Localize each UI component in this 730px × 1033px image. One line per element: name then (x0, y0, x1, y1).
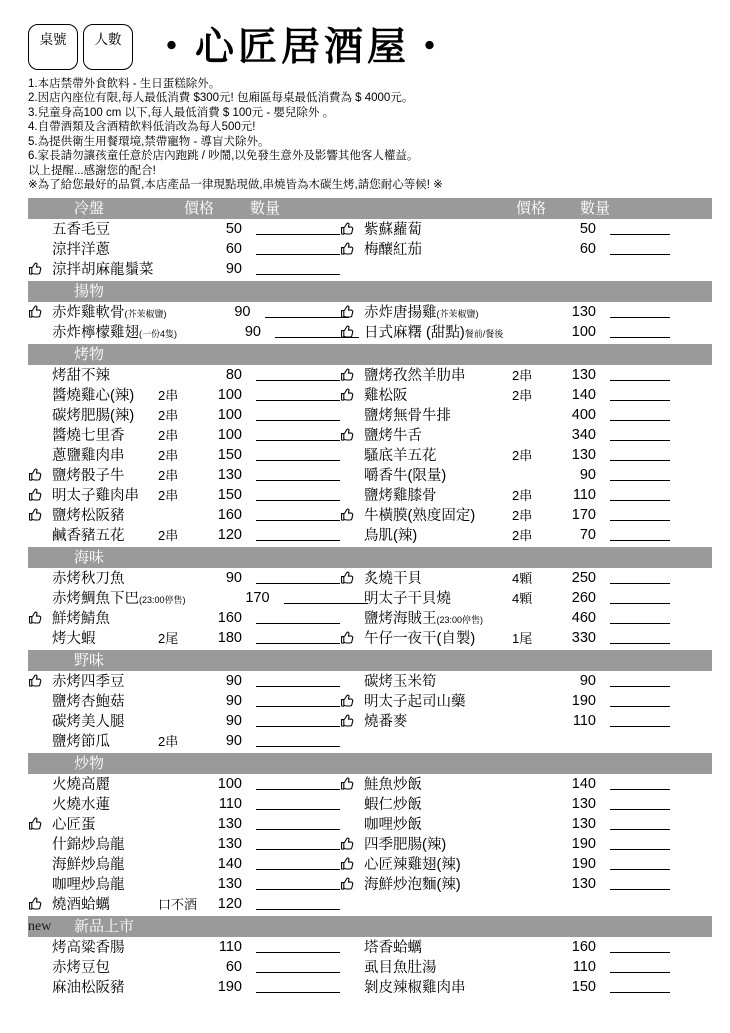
item-price: 110 (552, 959, 598, 975)
section-title: 揚物 (74, 281, 104, 302)
item-price: 140 (552, 776, 598, 792)
item-unit: 口不酒 (158, 894, 198, 913)
quantity-write-in-line (265, 306, 349, 318)
quantity-write-in-line (256, 489, 340, 501)
left-column: 火燒高麗100火燒水蓮110心匠蛋130什錦炒烏龍130海鮮炒烏龍140咖哩炒烏… (28, 774, 340, 914)
item-price: 400 (552, 407, 598, 423)
quantity-write-in-line (256, 961, 340, 973)
menu-item-row: 雞松阪2串140 (340, 385, 670, 405)
item-price: 170 (226, 590, 272, 606)
menu-item-row: 赤炸雞軟骨(芥茉椒鹽)90 (28, 302, 340, 322)
item-name: 碳烤玉米筍 (364, 670, 512, 691)
item-note: (23:00停售) (437, 615, 484, 625)
item-price: 100 (198, 387, 244, 403)
item-price: 340 (552, 427, 598, 443)
item-name: 碳烤美人腿 (52, 710, 158, 731)
item-price: 140 (198, 856, 244, 872)
section-bar: 冷盤價格數量價格數量 (28, 198, 712, 219)
item-name: 蔥鹽雞肉串 (52, 444, 158, 465)
menu-body: 冷盤價格數量價格數量五香毛豆50涼拌洋蔥60涼拌胡麻龍鬚菜90紫蘇蘿蔔50梅釀紅… (0, 193, 730, 997)
people-count-box: 人數 (83, 24, 133, 70)
menu-item-row: 咖哩炒烏龍130 (28, 874, 340, 894)
item-name: 咖哩炒飯 (364, 813, 512, 834)
thumbs-up-icon (28, 816, 52, 831)
menu-item-row: 鹹香豬五花2串120 (28, 525, 340, 545)
item-price: 100 (552, 324, 598, 340)
section-title: 新品上市 (74, 916, 134, 937)
item-name: 剝皮辣椒雞肉串 (364, 976, 512, 997)
menu-item-row: 牛橫膜(熟度固定)2串170 (340, 505, 670, 525)
thumbs-up-icon (340, 693, 364, 708)
item-unit: 2串 (512, 365, 552, 384)
item-price: 90 (198, 673, 244, 689)
item-unit: 2串 (512, 485, 552, 504)
menu-item-row: 塔香蛤蠣160 (340, 937, 670, 957)
quantity-write-in-line (256, 509, 340, 521)
item-price: 460 (552, 610, 598, 626)
item-unit: 2串 (512, 505, 552, 524)
section-columns: 烤高粱香腸110赤烤豆包60麻油松阪豬190塔香蛤蠣160虱目魚肚湯110剝皮辣… (28, 937, 712, 997)
item-unit: 2串 (158, 731, 198, 750)
item-price: 60 (198, 959, 244, 975)
item-name: 明太子起司山藥 (364, 690, 512, 711)
item-price: 110 (552, 713, 598, 729)
thumbs-up-icon (340, 367, 364, 382)
item-name: 赤炸檸檬雞翅(一份4隻) (52, 321, 177, 342)
quantity-write-in-line (256, 878, 340, 890)
thumbs-up-icon (28, 467, 52, 482)
quantity-write-in-line (610, 243, 670, 255)
section-columns: 火燒高麗100火燒水蓮110心匠蛋130什錦炒烏龍130海鮮炒烏龍140咖哩炒烏… (28, 774, 712, 914)
item-price: 100 (198, 407, 244, 423)
item-price: 90 (552, 673, 598, 689)
item-name: 醬燒七里香 (52, 424, 158, 445)
section-bar: 揚物 (28, 281, 712, 302)
item-price: 70 (552, 527, 598, 543)
item-unit: 4顆 (512, 588, 552, 607)
quantity-write-in-line (256, 369, 340, 381)
item-name: 午仔一夜干(自製) (364, 627, 512, 648)
item-name: 火燒高麗 (52, 773, 158, 794)
item-unit: 2串 (158, 425, 198, 444)
section-columns: 烤甜不辣80醬燒雞心(辣)2串100碳烤肥腸(辣)2串100醬燒七里香2串100… (28, 365, 712, 545)
left-column: 赤烤秋刀魚90赤烤鯛魚下巴(23:00停售)170鮮烤鯖魚160烤大蝦2尾180 (28, 568, 340, 648)
item-price: 130 (552, 876, 598, 892)
item-price: 190 (552, 856, 598, 872)
item-price: 90 (198, 570, 244, 586)
item-price: 150 (198, 447, 244, 463)
menu-item-row: 咖哩炒飯130 (340, 814, 670, 834)
item-price: 170 (552, 507, 598, 523)
right-column: 赤炸唐揚雞(芥茉椒鹽)130日式麻糬 (甜點)餐前/餐後100 (340, 302, 670, 342)
menu-item-row: 五香毛豆50 (28, 219, 340, 239)
item-name: 赤烤四季豆 (52, 670, 158, 691)
quantity-write-in-line (256, 469, 340, 481)
menu-item-row: 鹽烤節瓜2串90 (28, 731, 340, 751)
menu-item-row: 赤炸檸檬雞翅(一份4隻)90 (28, 322, 340, 342)
item-price: 130 (552, 304, 598, 320)
item-price: 90 (217, 324, 263, 340)
price-column-header: 價格 (184, 198, 214, 219)
item-price: 110 (552, 487, 598, 503)
left-column: 烤高粱香腸110赤烤豆包60麻油松阪豬190 (28, 937, 340, 997)
notice-line: 1.本店禁帶外食飲料 - 生日蛋糕除外。 (28, 77, 730, 91)
menu-item-row: 蝦仁炒飯130 (340, 794, 670, 814)
menu-item-row: 火燒高麗100 (28, 774, 340, 794)
quantity-write-in-line (610, 409, 670, 421)
item-name: 赤烤鯛魚下巴(23:00停售) (52, 587, 186, 608)
quantity-write-in-line (610, 838, 670, 850)
quantity-write-in-line (256, 632, 340, 644)
menu-item-row: 日式麻糬 (甜點)餐前/餐後100 (340, 322, 670, 342)
menu-item-row: 明太子起司山藥190 (340, 691, 670, 711)
quantity-write-in-line (610, 961, 670, 973)
section-title: 冷盤 (74, 198, 104, 219)
thumbs-up-icon (28, 673, 52, 688)
notice-line: 4.自帶酒類及含酒精飲料低消改為每人500元! (28, 120, 730, 134)
menu-item-row: 赤烤秋刀魚90 (28, 568, 340, 588)
menu-item-row: 醬燒七里香2串100 (28, 425, 340, 445)
notice-line: 6.家長請勿讓孩童任意於店內跑跳 / 吵鬧,以免發生意外及影響其他客人權益。 (28, 149, 730, 163)
quantity-write-in-line (610, 981, 670, 993)
item-price: 90 (198, 693, 244, 709)
menu-item-row: 嚼香牛(限量)90 (340, 465, 670, 485)
item-price: 330 (552, 630, 598, 646)
thumbs-up-icon (340, 630, 364, 645)
item-name: 鹽烤無骨牛排 (364, 404, 512, 425)
right-column: 碳烤玉米筍90明太子起司山藥190燒番麥110 (340, 671, 670, 731)
thumbs-up-icon (28, 610, 52, 625)
menu-item-row: 碳烤美人腿90 (28, 711, 340, 731)
item-unit: 2串 (512, 525, 552, 544)
item-unit: 2串 (158, 405, 198, 424)
left-column: 烤甜不辣80醬燒雞心(辣)2串100碳烤肥腸(辣)2串100醬燒七里香2串100… (28, 365, 340, 545)
item-name: 鹽烤杏鮑菇 (52, 690, 158, 711)
item-price: 90 (552, 467, 598, 483)
item-name: 騷底羊五花 (364, 444, 512, 465)
menu-item-row: 海鮮炒泡麵(辣)130 (340, 874, 670, 894)
quantity-write-in-line (610, 818, 670, 830)
item-price: 130 (552, 447, 598, 463)
thumbs-up-icon (340, 241, 364, 256)
menu-item-row: 心匠蛋130 (28, 814, 340, 834)
quantity-write-in-line (610, 389, 670, 401)
notice-line: 以上提醒...感謝您的配合! (28, 164, 730, 178)
quantity-write-in-line (256, 223, 340, 235)
item-name: 烤高粱香腸 (52, 936, 158, 957)
item-name: 鳥肌(辣) (364, 524, 512, 545)
menu-item-row: 海鮮炒烏龍140 (28, 854, 340, 874)
menu-header: 桌號 人數 ・心匠居酒屋・ (0, 0, 730, 70)
item-price: 130 (198, 876, 244, 892)
item-price: 110 (198, 939, 244, 955)
menu-item-row: 鹽烤無骨牛排400 (340, 405, 670, 425)
item-name: 鹽烤海賊王(23:00停售) (364, 607, 512, 628)
thumbs-up-icon (340, 836, 364, 851)
menu-item-row: 午仔一夜干(自製)1尾330 (340, 628, 670, 648)
thumbs-up-icon (28, 261, 52, 276)
item-name: 海鮮炒烏龍 (52, 853, 158, 874)
menu-item-row: 鹽烤牛舌340 (340, 425, 670, 445)
item-unit: 2尾 (158, 628, 198, 647)
quantity-write-in-line (256, 572, 340, 584)
quantity-write-in-line (256, 941, 340, 953)
item-price: 90 (198, 713, 244, 729)
thumbs-up-icon (28, 487, 52, 502)
section-title: 海味 (74, 547, 104, 568)
item-price: 190 (198, 979, 244, 995)
menu-item-row: 醬燒雞心(辣)2串100 (28, 385, 340, 405)
menu-item-row: 鮮烤鯖魚160 (28, 608, 340, 628)
quantity-write-in-line (610, 695, 670, 707)
thumbs-up-icon (340, 387, 364, 402)
menu-item-row: 烤甜不辣80 (28, 365, 340, 385)
quantity-write-in-line (256, 429, 340, 441)
item-name: 燒酒蛤蠣 (52, 893, 158, 914)
quantity-write-in-line (610, 306, 670, 318)
quantity-write-in-line (256, 675, 340, 687)
item-price: 150 (552, 979, 598, 995)
quantity-write-in-line (256, 449, 340, 461)
item-price: 190 (552, 836, 598, 852)
quantity-write-in-line (610, 715, 670, 727)
menu-item-row: 鹽烤雞膝骨2串110 (340, 485, 670, 505)
section-bar: 海味 (28, 547, 712, 568)
table-number-label: 桌號 (40, 32, 67, 47)
item-price: 150 (198, 487, 244, 503)
item-price: 190 (552, 693, 598, 709)
menu-item-row: 涼拌洋蔥60 (28, 239, 340, 259)
item-name: 鮮烤鯖魚 (52, 607, 158, 628)
thumbs-up-icon (340, 324, 364, 339)
item-name: 鮭魚炒飯 (364, 773, 512, 794)
thumbs-up-icon (340, 856, 364, 871)
item-name: 涼拌洋蔥 (52, 238, 158, 259)
menu-item-row: 燒酒蛤蠣口不酒120 (28, 894, 340, 914)
quantity-write-in-line (256, 798, 340, 810)
thumbs-up-icon (340, 304, 364, 319)
people-count-label: 人數 (95, 32, 122, 47)
quantity-write-in-line (256, 715, 340, 727)
item-price: 180 (198, 630, 244, 646)
item-price: 120 (198, 527, 244, 543)
menu-item-row: 赤炸唐揚雞(芥茉椒鹽)130 (340, 302, 670, 322)
new-tag: new (28, 917, 51, 936)
menu-item-row: 鳥肌(辣)2串70 (340, 525, 670, 545)
item-name: 火燒水蓮 (52, 793, 158, 814)
section-columns: 赤烤四季豆90鹽烤杏鮑菇90碳烤美人腿90鹽烤節瓜2串90碳烤玉米筍90明太子起… (28, 671, 712, 751)
item-name: 燒番麥 (364, 710, 512, 731)
item-name: 梅釀紅茄 (364, 238, 512, 259)
menu-item-row: 騷底羊五花2串130 (340, 445, 670, 465)
quantity-write-in-line (256, 838, 340, 850)
menu-item-row: 梅釀紅茄60 (340, 239, 670, 259)
item-unit: 2串 (158, 465, 198, 484)
quantity-write-in-line (610, 778, 670, 790)
item-name: 雞松阪 (364, 384, 512, 405)
menu-item-row: 紫蘇蘿蔔50 (340, 219, 670, 239)
quantity-write-in-line (256, 612, 340, 624)
item-price: 130 (198, 836, 244, 852)
item-note: (芥茉椒鹽) (437, 309, 479, 319)
item-name: 醬燒雞心(辣) (52, 384, 158, 405)
item-name: 炙燒干貝 (364, 567, 512, 588)
section-title: 烤物 (74, 344, 104, 365)
notice-list: 1.本店禁帶外食飲料 - 生日蛋糕除外。2.因店內座位有限,每人最低消費 $30… (0, 70, 730, 193)
quantity-write-in-line (610, 489, 670, 501)
price-column-header: 價格 (516, 198, 546, 219)
item-name: 心匠蛋 (52, 813, 158, 834)
menu-item-row: 炙燒干貝4顆250 (340, 568, 670, 588)
quantity-write-in-line (610, 223, 670, 235)
item-price: 60 (198, 241, 244, 257)
item-name: 烤甜不辣 (52, 364, 158, 385)
item-note: (芥茉椒鹽) (125, 309, 167, 319)
item-price: 90 (198, 733, 244, 749)
menu-item-row: 碳烤玉米筍90 (340, 671, 670, 691)
menu-item-row: 烤大蝦2尾180 (28, 628, 340, 648)
menu-item-row: 鹽烤松阪豬160 (28, 505, 340, 525)
quantity-write-in-line (256, 898, 340, 910)
menu-item-row: 鹽烤孜然羊肋串2串130 (340, 365, 670, 385)
item-name: 明太子干貝燒 (364, 587, 512, 608)
section-bar: 烤物 (28, 344, 712, 365)
item-price: 130 (198, 816, 244, 832)
menu-item-row: 心匠辣雞翅(辣)190 (340, 854, 670, 874)
item-name: 烤大蝦 (52, 627, 158, 648)
item-price: 130 (198, 467, 244, 483)
menu-item-row: 剝皮辣椒雞肉串150 (340, 977, 670, 997)
item-name: 碳烤肥腸(辣) (52, 404, 158, 425)
item-name: 鹽烤松阪豬 (52, 504, 158, 525)
menu-item-row: 燒番麥110 (340, 711, 670, 731)
quantity-write-in-line (610, 632, 670, 644)
item-unit: 1尾 (512, 628, 552, 647)
item-name: 心匠辣雞翅(辣) (364, 853, 512, 874)
section-title: 炒物 (74, 753, 104, 774)
quantity-write-in-line (256, 695, 340, 707)
thumbs-up-icon (340, 221, 364, 236)
item-price: 140 (552, 387, 598, 403)
quantity-write-in-line (610, 612, 670, 624)
quantity-write-in-line (610, 572, 670, 584)
item-price: 120 (198, 896, 244, 912)
item-price: 60 (552, 241, 598, 257)
quantity-write-in-line (256, 529, 340, 541)
quantity-write-in-line (256, 981, 340, 993)
menu-item-row: 虱目魚肚湯110 (340, 957, 670, 977)
item-note: 餐前/餐後 (465, 329, 504, 339)
menu-item-row: 赤烤鯛魚下巴(23:00停售)170 (28, 588, 340, 608)
item-note: (23:00停售) (139, 595, 186, 605)
menu-item-row: 鹽烤海賊王(23:00停售)460 (340, 608, 670, 628)
item-unit: 2串 (512, 445, 552, 464)
quantity-write-in-line (256, 409, 340, 421)
thumbs-up-icon (340, 876, 364, 891)
right-column: 炙燒干貝4顆250明太子干貝燒4顆260鹽烤海賊王(23:00停售)460午仔一… (340, 568, 670, 648)
item-price: 90 (198, 261, 244, 277)
item-unit: 4顆 (512, 568, 552, 587)
item-name: 紫蘇蘿蔔 (364, 218, 512, 239)
item-price: 130 (552, 796, 598, 812)
notice-line: ※為了給您最好的品質,本店產品一律現點現做,串燒皆為木碳生烤,請您耐心等候! ※ (28, 178, 730, 192)
item-price: 160 (198, 507, 244, 523)
item-name: 嚼香牛(限量) (364, 464, 512, 485)
item-name: 赤炸唐揚雞(芥茉椒鹽) (364, 301, 512, 322)
item-name: 麻油松阪豬 (52, 976, 158, 997)
thumbs-up-icon (340, 713, 364, 728)
menu-item-row: 鹽烤杏鮑菇90 (28, 691, 340, 711)
item-name: 海鮮炒泡麵(辣) (364, 873, 512, 894)
quantity-write-in-line (610, 798, 670, 810)
item-price: 100 (198, 427, 244, 443)
item-name: 鹽烤骰子牛 (52, 464, 158, 485)
quantity-write-in-line (610, 858, 670, 870)
item-name: 蝦仁炒飯 (364, 793, 512, 814)
right-column: 鮭魚炒飯140蝦仁炒飯130咖哩炒飯130四季肥腸(辣)190心匠辣雞翅(辣)1… (340, 774, 670, 894)
section-title: 野味 (74, 650, 104, 671)
item-unit: 2串 (158, 385, 198, 404)
quantity-write-in-line (610, 941, 670, 953)
item-name: 赤烤豆包 (52, 956, 158, 977)
quantity-write-in-line (610, 509, 670, 521)
item-name: 鹽烤孜然羊肋串 (364, 364, 512, 385)
thumbs-up-icon (340, 776, 364, 791)
quantity-write-in-line (610, 469, 670, 481)
quantity-write-in-line (256, 818, 340, 830)
menu-item-row: 碳烤肥腸(辣)2串100 (28, 405, 340, 425)
item-unit: 2串 (158, 485, 198, 504)
item-name: 赤炸雞軟骨(芥茉椒鹽) (52, 301, 167, 322)
restaurant-title: ・心匠居酒屋・ (152, 26, 453, 69)
item-price: 50 (198, 221, 244, 237)
thumbs-up-icon (340, 507, 364, 522)
item-price: 110 (198, 796, 244, 812)
left-column: 赤烤四季豆90鹽烤杏鮑菇90碳烤美人腿90鹽烤節瓜2串90 (28, 671, 340, 751)
notice-line: 3.兒童身高100 cm 以下,每人最低消費 $ 100元 - 嬰兒除外 。 (28, 106, 730, 120)
item-price: 130 (552, 816, 598, 832)
item-price: 80 (198, 367, 244, 383)
menu-item-row: 火燒水蓮110 (28, 794, 340, 814)
item-name: 鹽烤節瓜 (52, 730, 158, 751)
item-name: 塔香蛤蠣 (364, 936, 512, 957)
right-column: 紫蘇蘿蔔50梅釀紅茄60 (340, 219, 670, 259)
section-bar: 炒物 (28, 753, 712, 774)
thumbs-up-icon (28, 507, 52, 522)
quantity-column-header: 數量 (580, 198, 610, 219)
item-price: 90 (207, 304, 253, 320)
quantity-write-in-line (610, 326, 670, 338)
item-unit: 2串 (158, 525, 198, 544)
thumbs-up-icon (28, 304, 52, 319)
thumbs-up-icon (340, 427, 364, 442)
quantity-write-in-line (610, 592, 670, 604)
item-name: 咖哩炒烏龍 (52, 873, 158, 894)
item-name: 四季肥腸(辣) (364, 833, 512, 854)
quantity-write-in-line (256, 735, 340, 747)
item-unit: 2串 (158, 445, 198, 464)
quantity-write-in-line (610, 369, 670, 381)
quantity-write-in-line (610, 529, 670, 541)
item-name: 五香毛豆 (52, 218, 158, 239)
quantity-write-in-line (256, 778, 340, 790)
thumbs-up-icon (340, 570, 364, 585)
item-note: (一份4隻) (139, 329, 177, 339)
menu-item-row: 鮭魚炒飯140 (340, 774, 670, 794)
item-price: 160 (552, 939, 598, 955)
quantity-write-in-line (256, 858, 340, 870)
section-columns: 赤炸雞軟骨(芥茉椒鹽)90赤炸檸檬雞翅(一份4隻)90赤炸唐揚雞(芥茉椒鹽)13… (28, 302, 712, 342)
